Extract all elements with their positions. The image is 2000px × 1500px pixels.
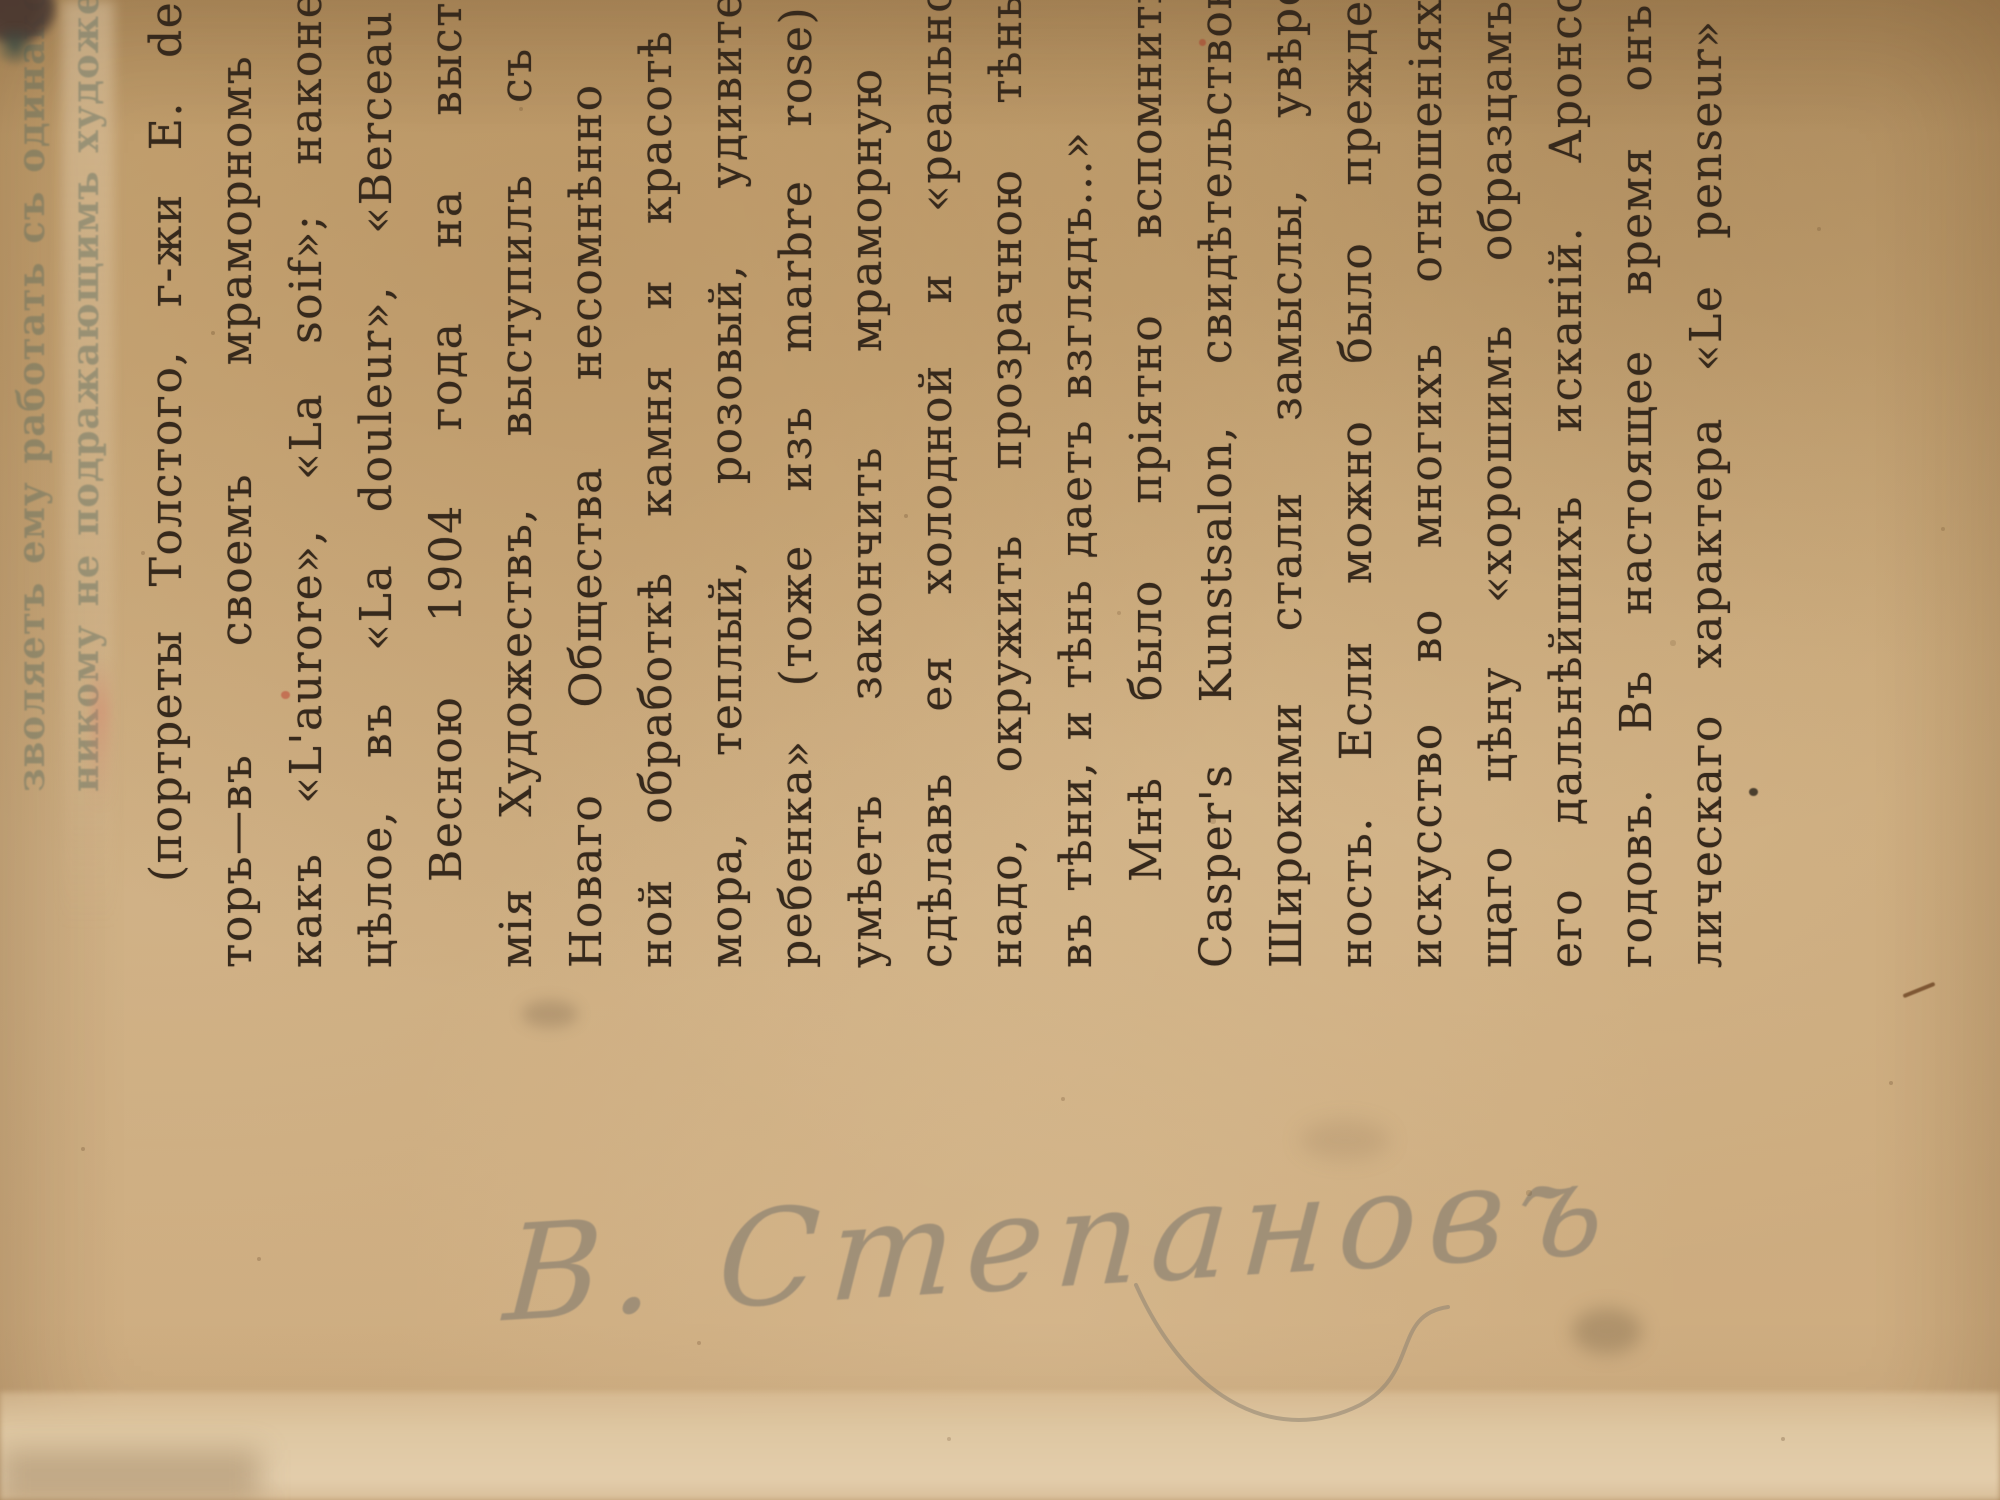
printed-text-line: лическаго характера «Le penseur» и огром… <box>1672 0 1742 968</box>
smudge-stain <box>522 1000 578 1028</box>
printed-text-line: Мнѣ было пріятно вспомнить эту о <box>1112 0 1182 968</box>
paper-speckles <box>0 0 2 2</box>
corner-stain-secondary <box>0 26 38 66</box>
printed-text-line: умѣетъ закончить мраморную поверхнос <box>832 0 902 968</box>
printed-text-line: Широкими стали замыслы, увѣреннѣе, бо <box>1252 0 1322 968</box>
paper-worn-bottom-edge <box>0 1392 2000 1500</box>
photographed-book-page: зволяетъ ему работать съ одинаковыминико… <box>0 0 2000 1500</box>
red-speck <box>281 691 290 699</box>
printed-text-line: надо, окружить прозрачною тѣнью полуза <box>972 0 1042 968</box>
printed-text-line: ребенка» (тоже изъ marbre rose) и бюстъ <box>762 0 832 968</box>
printed-text-line: въ тѣни, и тѣнь даетъ взглядъ...» <box>1042 0 1112 968</box>
printed-text-line: мора, теплый, розовый, удивительно гар <box>692 0 762 968</box>
printed-text-line: его дальнѣйшихъ исканій. Аронсонъ выста <box>1532 0 1602 968</box>
printed-text-line: ной обработкѣ камня и красотѣ пластичес <box>622 0 692 968</box>
bottom-left-shadow <box>0 1450 260 1500</box>
stray-ink-dot <box>1749 788 1758 796</box>
printed-text-line: какъ «L'aurore», «La soif»; наконецъ, си… <box>272 0 342 968</box>
printed-text-line: Весною 1904 года на выставкѣ «Но <box>412 0 482 968</box>
printed-text-line: искусство во многихъ отношеніяхъ — тол <box>1392 0 1462 968</box>
printed-text-line: цѣлое, въ «La douleur», «Berceau d'amour… <box>342 0 412 968</box>
ghost-text-line: зволяетъ ему работать съ одинаковыми <box>4 0 58 792</box>
printed-text-line: ность. Если можно было прежде упрекать <box>1322 0 1392 968</box>
printed-text-line: сдѣлавъ ея холодной и «реальной» въ д <box>902 0 972 968</box>
printed-text-line: Новаго Общества несомнѣнно принадлеж <box>552 0 622 968</box>
signature-flourish-stroke <box>1130 1255 1490 1465</box>
smudge-stain <box>1572 1308 1642 1354</box>
red-speck <box>1199 39 1206 46</box>
printed-text-line: щаго цѣну «хорошимъ образцамъ», то бе <box>1462 0 1532 968</box>
printed-text-line: мія Художествъ, выступилъ съ нѣскольки <box>482 0 552 968</box>
printed-text-block: (портреты Толстого, г-жи E. de S., Gerta… <box>132 0 1742 968</box>
printed-text-line: (портреты Толстого, г-жи E. de S., Gerta <box>132 0 202 968</box>
printed-text-line: торъ—въ своемъ мраморномъ «проектѣ <box>202 0 272 968</box>
pink-streak-stain <box>92 660 110 810</box>
fiber-scratch <box>1902 982 1935 998</box>
printed-text-line: годовъ. Въ настоящее время онъ заканчив <box>1602 0 1672 968</box>
printed-text-line: Casper's Kunstsalon, свидѣтельствовала о… <box>1182 0 1252 968</box>
smudge-stain <box>1300 1120 1390 1160</box>
